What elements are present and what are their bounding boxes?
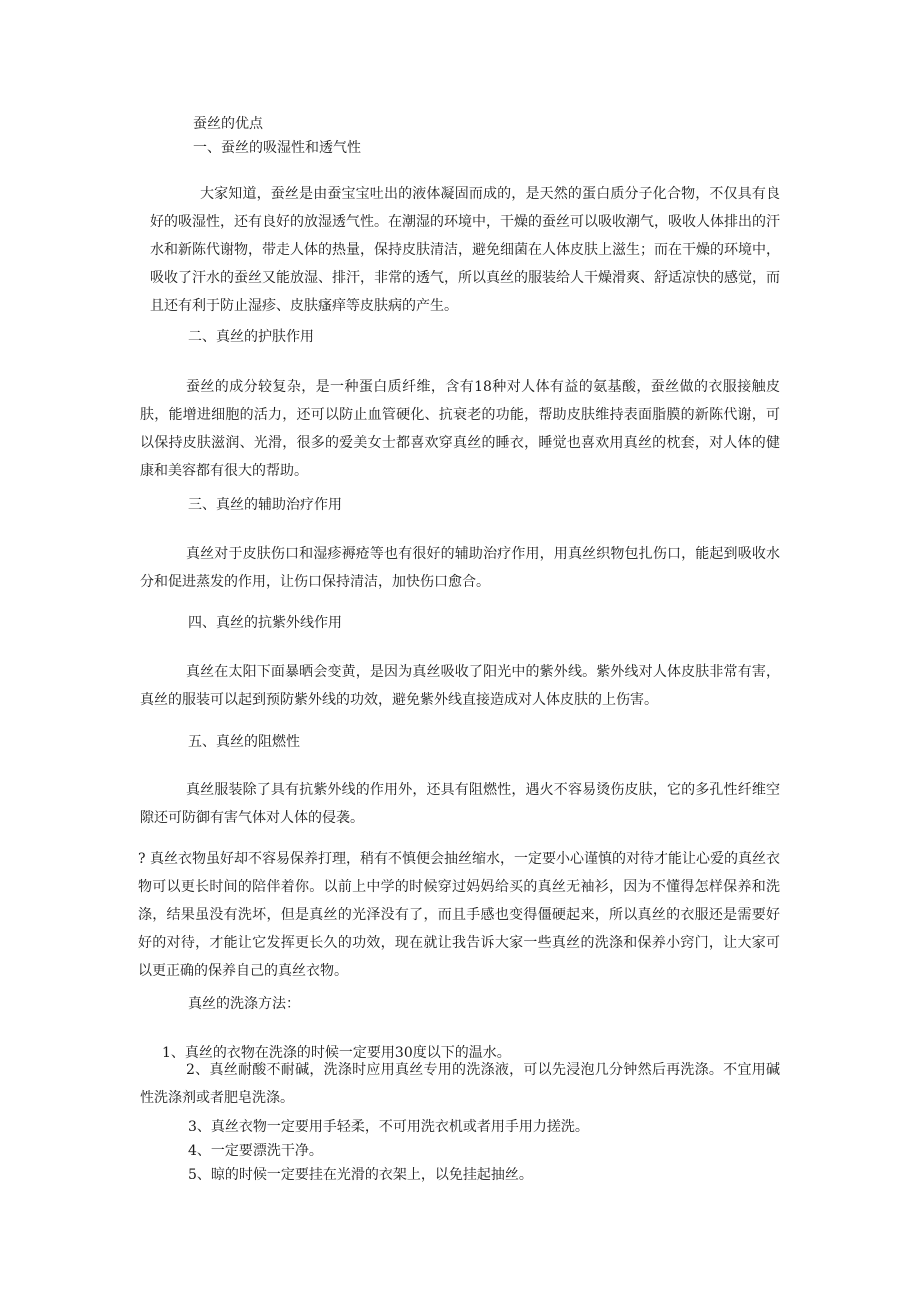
washing-step-4: 4、一定要漂洗干净。 [188,1142,323,1160]
section-body-4: 真丝在太阳下面暴晒会变黄，是因为真丝吸收了阳光中的紫外线。紫外线对人体皮肤非常有… [140,658,780,714]
paragraph: 大家知道，蚕丝是由蚕宝宝吐出的液体凝固而成的，是天然的蛋白质分子化合物，不仅具有… [150,180,780,320]
section-body-1: 大家知道，蚕丝是由蚕宝宝吐出的液体凝固而成的，是天然的蛋白质分子化合物，不仅具有… [150,180,780,320]
section-body-5: 真丝服装除了具有抗紫外线的作用外，还具有阻燃性，遇火不容易烫伤皮肤，它的多孔性纤… [140,776,780,832]
document-title: 蚕丝的优点 [193,115,263,133]
section-heading-4: 四、真丝的抗紫外线作用 [188,614,342,632]
section-body-3: 真丝对于皮肤伤口和湿疹褥疮等也有很好的辅助治疗作用，用真丝织物包扎伤口，能起到吸… [140,540,780,596]
section-body-2: 蚕丝的成分较复杂，是一种蛋白质纤维，含有18种对人体有益的氨基酸，蚕丝做的衣服接… [140,373,780,485]
paragraph: 2、真丝耐酸不耐碱，洗涤时应用真丝专用的洗涤液，可以先浸泡几分钟然后再洗涤。不宜… [140,1056,780,1112]
paragraph: 真丝对于皮肤伤口和湿疹褥疮等也有很好的辅助治疗作用，用真丝织物包扎伤口，能起到吸… [140,540,780,596]
washing-heading: 真丝的洗涤方法： [188,995,300,1013]
care-intro: ? 真丝衣物虽好却不容易保养打理，稍有不慎便会抽丝缩水，一定要小心谨慎的对待才能… [138,845,780,985]
washing-step-3: 3、真丝衣物一定要用手轻柔，不可用洗衣机或者用手用力搓洗。 [188,1118,589,1136]
paragraph: 蚕丝的成分较复杂，是一种蛋白质纤维，含有18种对人体有益的氨基酸，蚕丝做的衣服接… [140,373,780,485]
section-heading-5: 五、真丝的阻燃性 [188,733,300,751]
paragraph: 真丝服装除了具有抗紫外线的作用外，还具有阻燃性，遇火不容易烫伤皮肤，它的多孔性纤… [140,776,780,832]
washing-step-2: 2、真丝耐酸不耐碱，洗涤时应用真丝专用的洗涤液，可以先浸泡几分钟然后再洗涤。不宜… [140,1056,780,1112]
section-heading-1: 一、蚕丝的吸湿性和透气性 [193,139,361,157]
paragraph: ? 真丝衣物虽好却不容易保养打理，稍有不慎便会抽丝缩水，一定要小心谨慎的对待才能… [138,845,780,985]
washing-step-5: 5、晾的时候一定要挂在光滑的衣架上，以免挂起抽丝。 [188,1166,533,1184]
section-heading-2: 二、真丝的护肤作用 [188,328,314,346]
paragraph: 真丝在太阳下面暴晒会变黄，是因为真丝吸收了阳光中的紫外线。紫外线对人体皮肤非常有… [140,658,780,714]
document-page: 蚕丝的优点 一、蚕丝的吸湿性和透气性 大家知道，蚕丝是由蚕宝宝吐出的液体凝固而成… [0,0,920,1302]
section-heading-3: 三、真丝的辅助治疗作用 [188,496,342,514]
